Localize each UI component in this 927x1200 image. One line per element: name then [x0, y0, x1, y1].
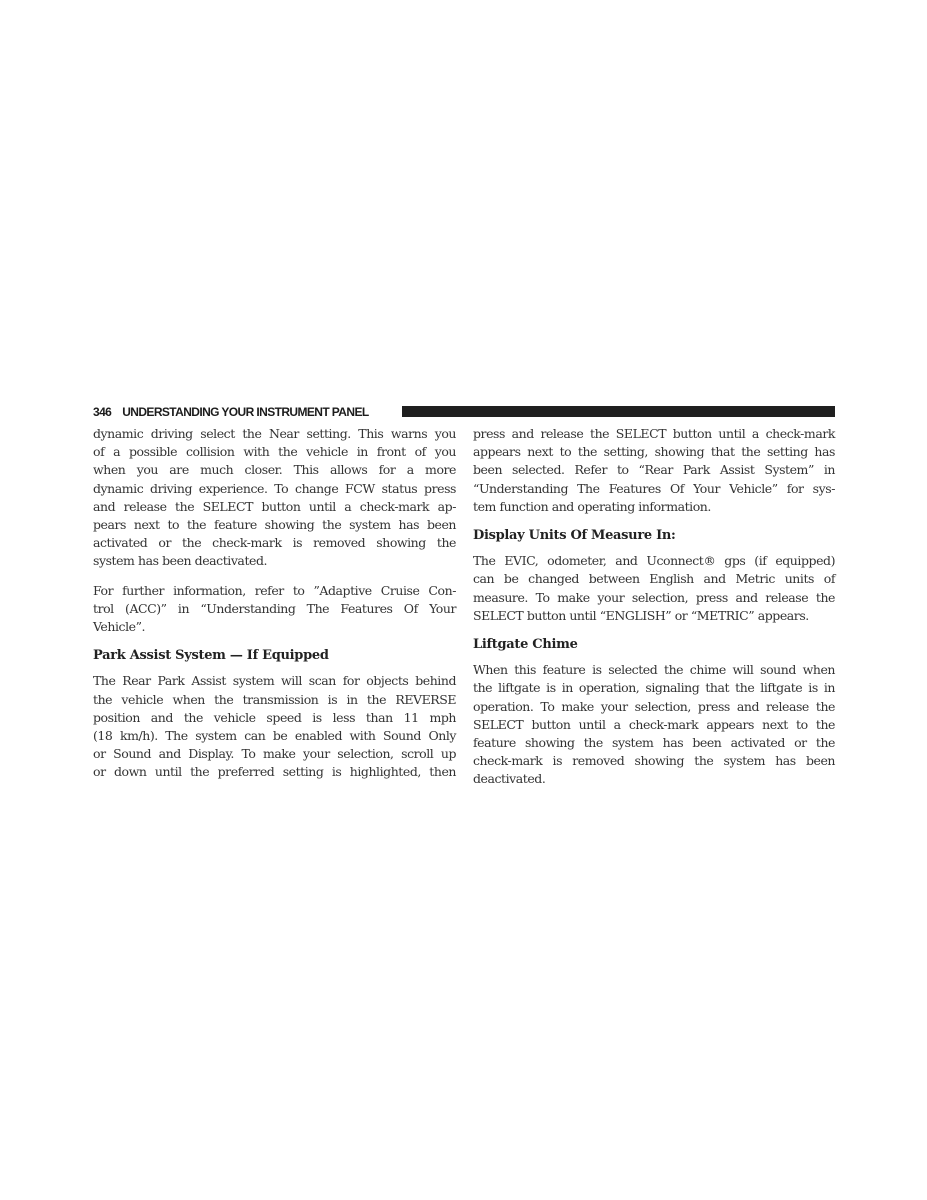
paragraph: press and release the SELECT button unti…: [473, 425, 835, 516]
text-line: The EVIC, odometer, and Uconnect® gps (i…: [473, 552, 835, 570]
text-line: SELECT button until “ENGLISH” or “METRIC…: [473, 607, 835, 625]
text-line: can be changed between English and Metri…: [473, 570, 835, 588]
text-line: dynamic driving experience. To change FC…: [93, 480, 456, 498]
paragraph: The EVIC, odometer, and Uconnect® gps (i…: [473, 552, 835, 625]
text-line: (18 km/h). The system can be enabled wit…: [93, 727, 456, 745]
paragraph: When this feature is selected the chime …: [473, 661, 835, 788]
manual-page: 346 UNDERSTANDING YOUR INSTRUMENT PANEL …: [0, 0, 927, 1200]
paragraph: For further information, refer to ”Adapt…: [93, 582, 456, 637]
text-line: dynamic driving select the Near setting.…: [93, 425, 456, 443]
text-line: When this feature is selected the chime …: [473, 661, 835, 679]
text-line: activated or the check-mark is removed s…: [93, 534, 456, 552]
text-line: check-mark is removed showing the system…: [473, 752, 835, 770]
text-line: or down until the preferred setting is h…: [93, 763, 456, 781]
page-content: 346 UNDERSTANDING YOUR INSTRUMENT PANEL …: [93, 405, 835, 789]
text-line: of a possible collision with the vehicle…: [93, 443, 456, 461]
text-line: the vehicle when the transmission is in …: [93, 691, 456, 709]
text-line: position and the vehicle speed is less t…: [93, 709, 456, 727]
section-heading: Park Assist System — If Equipped: [93, 647, 456, 665]
text-line: press and release the SELECT button unti…: [473, 425, 835, 443]
text-line: “Understanding The Features Of Your Vehi…: [473, 480, 835, 498]
text-line: and release the SELECT button until a ch…: [93, 498, 456, 516]
text-line: appears next to the setting, showing tha…: [473, 443, 835, 461]
text-line: deactivated.: [473, 770, 835, 788]
page-header: 346 UNDERSTANDING YOUR INSTRUMENT PANEL: [93, 405, 835, 418]
text-line: system has been deactivated.: [93, 552, 456, 570]
paragraph: dynamic driving select the Near setting.…: [93, 425, 456, 571]
page-header-title: UNDERSTANDING YOUR INSTRUMENT PANEL: [122, 405, 368, 419]
section-heading: Liftgate Chime: [473, 636, 835, 654]
left-column: dynamic driving select the Near setting.…: [93, 425, 456, 789]
text-line: or Sound and Display. To make your selec…: [93, 745, 456, 763]
right-column: press and release the SELECT button unti…: [473, 425, 835, 789]
text-line: SELECT button until a check-mark appears…: [473, 716, 835, 734]
text-line: operation. To make your selection, press…: [473, 698, 835, 716]
paragraph: The Rear Park Assist system will scan fo…: [93, 672, 456, 781]
header-rule-bar: [402, 406, 835, 417]
text-line: pears next to the feature showing the sy…: [93, 516, 456, 534]
text-line: been selected. Refer to “Rear Park Assis…: [473, 461, 835, 479]
text-line: the liftgate is in operation, signaling …: [473, 679, 835, 697]
text-line: measure. To make your selection, press a…: [473, 589, 835, 607]
text-line: For further information, refer to ”Adapt…: [93, 582, 456, 600]
text-line: The Rear Park Assist system will scan fo…: [93, 672, 456, 690]
text-line: trol (ACC)” in “Understanding The Featur…: [93, 600, 456, 618]
text-line: tem function and operating information.: [473, 498, 835, 516]
text-line: Vehicle”.: [93, 618, 456, 636]
text-columns: dynamic driving select the Near setting.…: [93, 425, 835, 789]
text-line: feature showing the system has been acti…: [473, 734, 835, 752]
page-header-text: 346 UNDERSTANDING YOUR INSTRUMENT PANEL: [93, 405, 402, 419]
text-line: when you are much closer. This allows fo…: [93, 461, 456, 479]
page-number: 346: [93, 405, 111, 419]
section-heading: Display Units Of Measure In:: [473, 527, 835, 545]
